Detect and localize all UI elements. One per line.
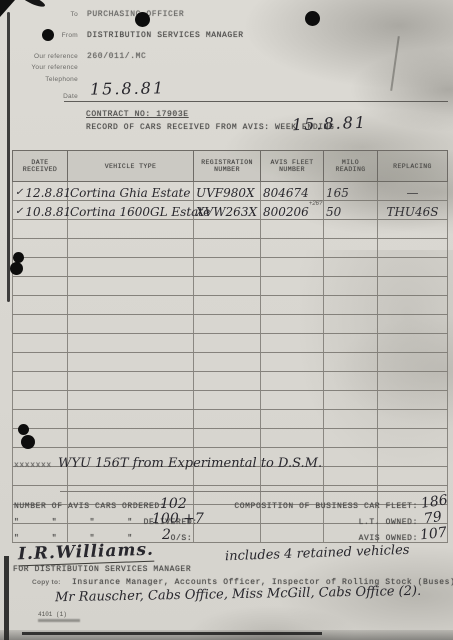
table-cell-registration: UVF980X bbox=[194, 182, 261, 201]
table-cell-empty bbox=[378, 296, 448, 315]
record-table-header-row: DATE RECEIVED VEHICLE TYPE REGISTRATION … bbox=[13, 151, 448, 182]
table-cell-empty bbox=[68, 315, 194, 334]
table-cell-empty bbox=[13, 315, 68, 334]
table-cell-empty bbox=[378, 258, 448, 277]
col-date-received: DATE RECEIVED bbox=[13, 151, 68, 182]
table-cell-empty bbox=[324, 410, 378, 429]
table-cell-empty bbox=[261, 277, 324, 296]
table-cell-fleet: 804674 bbox=[261, 182, 324, 201]
table-cell-empty bbox=[324, 372, 378, 391]
ink-blob-table-2b bbox=[21, 435, 35, 449]
table-row-empty bbox=[13, 296, 448, 315]
your-reference-label: Your reference bbox=[0, 64, 78, 71]
table-cell-empty bbox=[13, 353, 68, 372]
table-row-empty bbox=[13, 239, 448, 258]
table-cell-empty bbox=[13, 372, 68, 391]
col-milo-reading: MILO READING bbox=[324, 151, 378, 182]
transfer-note-handwritten: WYU 156T from Experimental to D.S.M. bbox=[58, 457, 322, 470]
table-cell-empty bbox=[194, 220, 261, 239]
table-row-empty bbox=[13, 220, 448, 239]
table-cell-empty bbox=[261, 372, 324, 391]
to-label: To bbox=[0, 11, 78, 18]
table-cell-empty bbox=[378, 467, 448, 486]
table-cell-empty bbox=[194, 315, 261, 334]
copy-to-label: Copy to: bbox=[32, 579, 61, 586]
table-cell-empty bbox=[13, 277, 68, 296]
table-cell-empty bbox=[68, 391, 194, 410]
table-cell-empty bbox=[324, 391, 378, 410]
table-cell-empty bbox=[324, 258, 378, 277]
table-cell-empty bbox=[261, 239, 324, 258]
table-cell-empty bbox=[194, 239, 261, 258]
table-row-empty bbox=[13, 277, 448, 296]
table-cell-empty bbox=[13, 220, 68, 239]
table-cell-empty bbox=[194, 429, 261, 448]
table-cell-empty bbox=[378, 372, 448, 391]
table-cell-empty bbox=[324, 467, 378, 486]
crease-mark bbox=[390, 36, 400, 91]
table-cell-empty bbox=[324, 429, 378, 448]
table-cell-empty bbox=[261, 429, 324, 448]
form-number: 4101 (1) bbox=[38, 611, 67, 618]
date-label: Date bbox=[0, 93, 78, 100]
scanned-memo-page: To PURCHASING OFFICER From DISTRIBUTION … bbox=[0, 0, 453, 640]
table-cell-empty bbox=[194, 410, 261, 429]
avis-owned-label: AVIS OWNED: bbox=[0, 534, 418, 543]
retained-vehicles-note: includes 4 retained vehicles bbox=[225, 544, 410, 563]
footer-small-print bbox=[38, 619, 80, 622]
table-cell-empty bbox=[324, 334, 378, 353]
fleet-composition-label: COMPOSITION OF BUSINESS CAR FLEET: bbox=[0, 502, 418, 511]
table-cell-empty bbox=[194, 372, 261, 391]
punch-hole-2 bbox=[305, 11, 320, 26]
table-cell-empty bbox=[378, 353, 448, 372]
table-row-empty bbox=[13, 391, 448, 410]
table-cell-empty bbox=[324, 448, 378, 467]
signature-handwritten: I.R.Williams. bbox=[18, 542, 155, 567]
ink-blob-table-2a bbox=[18, 424, 29, 435]
table-cell-vehicle: Cortina Ghia Estate bbox=[68, 182, 194, 201]
col-registration-number: REGISTRATION NUMBER bbox=[194, 151, 261, 182]
table-cell-empty bbox=[324, 353, 378, 372]
table-cell-empty bbox=[68, 239, 194, 258]
table-cell-date: ✓12.8.81 bbox=[13, 182, 68, 201]
record-table: DATE RECEIVED VEHICLE TYPE REGISTRATION … bbox=[12, 150, 448, 543]
table-cell-empty bbox=[324, 239, 378, 258]
table-cell-empty bbox=[13, 334, 68, 353]
table-cell-replacing: THU46S bbox=[378, 201, 448, 220]
record-table-wrap: DATE RECEIVED VEHICLE TYPE REGISTRATION … bbox=[12, 150, 448, 543]
header-rule bbox=[64, 101, 448, 102]
table-cell-empty bbox=[261, 315, 324, 334]
table-cell-empty bbox=[378, 334, 448, 353]
ink-blob-table-1b bbox=[10, 262, 23, 275]
table-cell-empty bbox=[378, 429, 448, 448]
date-handwritten: 15.8.81 bbox=[90, 80, 165, 97]
table-cell-empty bbox=[68, 353, 194, 372]
lt-owned-label: L.T. OWNED: bbox=[0, 518, 418, 527]
table-cell-empty bbox=[378, 410, 448, 429]
table-cell-empty bbox=[324, 277, 378, 296]
table-cell-fleet: 800206+26? bbox=[261, 201, 324, 220]
table-cell-vehicle: Cortina 1600GL Estate bbox=[68, 201, 194, 220]
table-cell-empty bbox=[13, 391, 68, 410]
table-row: ✓12.8.81Cortina Ghia EstateUVF980X804674… bbox=[13, 182, 448, 201]
table-cell-empty bbox=[194, 296, 261, 315]
check-mark: ✓ bbox=[15, 187, 23, 198]
table-cell-empty bbox=[261, 410, 324, 429]
table-row-empty bbox=[13, 334, 448, 353]
table-cell-empty bbox=[68, 296, 194, 315]
table-row-empty bbox=[13, 258, 448, 277]
table-cell-date: ✓10.8.81 bbox=[13, 201, 68, 220]
table-row-empty bbox=[13, 372, 448, 391]
fleet-number-annotation: +26? bbox=[309, 201, 323, 207]
table-cell-empty bbox=[261, 353, 324, 372]
table-cell-empty bbox=[194, 334, 261, 353]
table-cell-empty bbox=[194, 353, 261, 372]
telephone-label: Telephone bbox=[0, 76, 78, 83]
our-reference-value: 260/011/.MC bbox=[87, 52, 146, 61]
left-fold-line-bottom bbox=[4, 556, 9, 640]
bottom-edge-line bbox=[22, 632, 322, 635]
table-cell-empty bbox=[378, 448, 448, 467]
from-value: DISTRIBUTION SERVICES MANAGER bbox=[87, 31, 244, 40]
table-cell-empty bbox=[261, 334, 324, 353]
lt-owned-value: 79 bbox=[423, 510, 443, 526]
table-cell-empty bbox=[194, 391, 261, 410]
col-vehicle-type: VEHICLE TYPE bbox=[68, 151, 194, 182]
corner-scratch-mark bbox=[20, 0, 47, 9]
fleet-composition-value: 186 bbox=[420, 493, 448, 511]
table-row: ✓10.8.81Cortina 1600GL EstateXVW263X8002… bbox=[13, 201, 448, 220]
record-table-body: ✓12.8.81Cortina Ghia EstateUVF980X804674… bbox=[13, 182, 448, 543]
left-fold-line-top bbox=[7, 12, 10, 302]
table-cell-empty bbox=[378, 391, 448, 410]
table-cell-milo: 50 bbox=[324, 201, 378, 220]
table-cell-empty bbox=[378, 239, 448, 258]
table-cell-empty bbox=[68, 220, 194, 239]
our-reference-label: Our reference bbox=[0, 53, 78, 60]
table-cell-registration: XVW263X bbox=[194, 201, 261, 220]
avis-owned-value: 107 bbox=[419, 526, 447, 543]
ink-blob-from bbox=[42, 29, 54, 41]
table-cell-milo: 165 bbox=[324, 182, 378, 201]
check-mark: ✓ bbox=[15, 206, 23, 217]
table-cell-empty bbox=[68, 258, 194, 277]
contract-line: CONTRACT NO: 17903E bbox=[86, 110, 189, 119]
transfer-note-prefix: xxxxxxx bbox=[14, 461, 52, 470]
table-cell-empty bbox=[68, 334, 194, 353]
table-cell-empty bbox=[261, 258, 324, 277]
from-label: From bbox=[0, 32, 78, 39]
table-cell-empty bbox=[13, 296, 68, 315]
col-replacing: REPLACING bbox=[378, 151, 448, 182]
table-row-empty bbox=[13, 315, 448, 334]
table-row-empty bbox=[13, 353, 448, 372]
table-cell-empty bbox=[68, 372, 194, 391]
table-cell-empty bbox=[324, 220, 378, 239]
copy-to-handwritten: Mr Rauscher, Cabs Office, Miss McGill, C… bbox=[55, 585, 421, 604]
table-cell-empty bbox=[324, 296, 378, 315]
for-dsm-line: FOR DISTRIBUTION SERVICES MANAGER bbox=[13, 565, 191, 574]
table-cell-empty bbox=[261, 296, 324, 315]
table-row-empty bbox=[13, 429, 448, 448]
table-cell-empty bbox=[261, 220, 324, 239]
table-cell-empty bbox=[68, 277, 194, 296]
table-cell-empty bbox=[324, 315, 378, 334]
table-cell-empty bbox=[378, 277, 448, 296]
table-cell-empty bbox=[378, 315, 448, 334]
table-cell-empty bbox=[261, 391, 324, 410]
table-cell-empty bbox=[68, 429, 194, 448]
col-avis-fleet-number: AVIS FLEET NUMBER bbox=[261, 151, 324, 182]
week-ending-handwritten: 15.8.81 bbox=[292, 115, 368, 134]
table-cell-replacing: — bbox=[378, 182, 448, 201]
table-cell-empty bbox=[194, 258, 261, 277]
table-row-empty bbox=[13, 410, 448, 429]
stats-divider-rule bbox=[60, 491, 445, 492]
table-cell-empty bbox=[68, 410, 194, 429]
table-cell-empty bbox=[194, 277, 261, 296]
table-cell-empty bbox=[378, 220, 448, 239]
punch-hole-1 bbox=[135, 12, 150, 27]
